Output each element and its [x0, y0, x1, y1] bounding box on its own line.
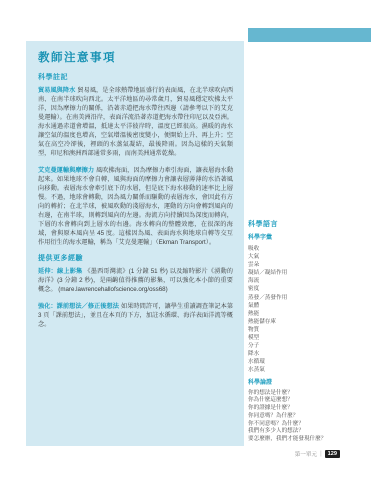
vocab-item: 模型	[248, 334, 366, 342]
vocab-item: 降水	[248, 350, 366, 358]
vocab-item: 密度	[248, 285, 366, 293]
vocab-item: 氣體	[248, 302, 366, 310]
vocab-item: 熱能儲存庫	[248, 318, 366, 326]
science-language-sidebar: 科學語言 科學字彙 吸收 大氣 雲朵 凝結／凝結作用 海流 密度 蒸發／蒸發作用…	[248, 221, 366, 444]
vocab-item: 海流	[248, 277, 366, 285]
section-heading-more-experience: 提供更多經驗	[38, 255, 233, 263]
paragraph-lead-ekman-transport: 艾克曼運輸與摩擦力	[38, 167, 94, 174]
discourse-prompt: 你的證據是什麼？	[248, 405, 366, 413]
paragraph-lead-extension-videos: 延伸：線上影集	[38, 268, 82, 275]
paragraph-text-trade-winds: 貿易風，是全球熱帶地區盛行的表面風，在北半球吹向西南、在南半球吹向西北。太平洋地…	[38, 87, 233, 157]
sidebar-subtitle-science-discourse: 科學論證	[248, 380, 366, 387]
vocab-item: 物質	[248, 326, 366, 334]
paragraph-trade-winds: 貿易風與降水貿易風，是全球熱帶地區盛行的表面風，在北半球吹向西南、在南半球吹向西…	[38, 86, 233, 158]
vocab-item: 水循環	[248, 358, 366, 366]
paragraph-reinforce-ideas: 強化：課前想法／修正後想法如果時間許可，讓學生重讀調查筆記本第 3 頁「課前想法…	[38, 302, 233, 329]
vocab-item: 熱能	[248, 310, 366, 318]
vocab-item: 水蒸氣	[248, 366, 366, 374]
science-vocab-list: 吸收 大氣 雲朵 凝結／凝結作用 海流 密度 蒸發／蒸發作用 氣體 熱能 熱能儲…	[248, 245, 366, 375]
document-page: 教師注意事項 科學註記 貿易風與降水貿易風，是全球熱帶地區盛行的表面風，在北半球…	[0, 0, 371, 480]
science-discourse-list: 你的想法是什麼？ 你為什麼這麼想？ 你的證據是什麼？ 你同意嗎？為什麼？ 你不同…	[248, 390, 366, 445]
vocab-item: 蒸發／蒸發作用	[248, 294, 366, 302]
discourse-prompt: 你為什麼這麼想？	[248, 397, 366, 405]
footer-divider: |	[320, 451, 322, 457]
vocab-item: 大氣	[248, 253, 366, 261]
footer-unit-label: 第一單元	[295, 450, 317, 458]
vocab-item: 分子	[248, 342, 366, 350]
discourse-prompt: 你同意嗎？為什麼？	[248, 413, 366, 421]
top-accent-bar	[248, 28, 371, 42]
page-title: 教師注意事項	[38, 52, 233, 65]
paragraph-ekman-transport: 艾克曼運輸與摩擦力風吹拂海面，因為摩擦力牽引海面，讓表層海水動起來。如果地球不會…	[38, 166, 233, 247]
paragraph-extension-videos: 延伸：線上影集《墨西哥灣流》(1 分鐘 51 秒) 以及縮時影片《湧動的海洋》(…	[38, 267, 233, 294]
sidebar-subtitle-science-vocab: 科學字彙	[248, 235, 366, 242]
vocab-item: 凝結／凝結作用	[248, 269, 366, 277]
section-heading-science-notes: 科學註記	[38, 74, 233, 82]
page-number-badge: 129	[325, 450, 340, 458]
vocab-item: 吸收	[248, 245, 366, 253]
paragraph-lead-trade-winds: 貿易風與降水	[38, 87, 75, 94]
paragraph-text-ekman-transport: 風吹拂海面，因為摩擦力牽引海面，讓表層海水動起來。如果地球不會自轉，風與海面的摩…	[38, 167, 233, 246]
paragraph-lead-reinforce-ideas: 強化：課前想法／修正後想法	[38, 303, 119, 310]
sidebar-title-science-language: 科學語言	[248, 221, 366, 229]
page-footer: 第一單元 | 129	[295, 450, 340, 458]
discourse-prompt: 要怎麼辦，我們才能發現什麼？	[248, 436, 366, 444]
vocab-item: 雲朵	[248, 261, 366, 269]
teacher-notes-panel: 教師注意事項 科學註記 貿易風與降水貿易風，是全球熱帶地區盛行的表面風，在北半球…	[26, 41, 244, 446]
